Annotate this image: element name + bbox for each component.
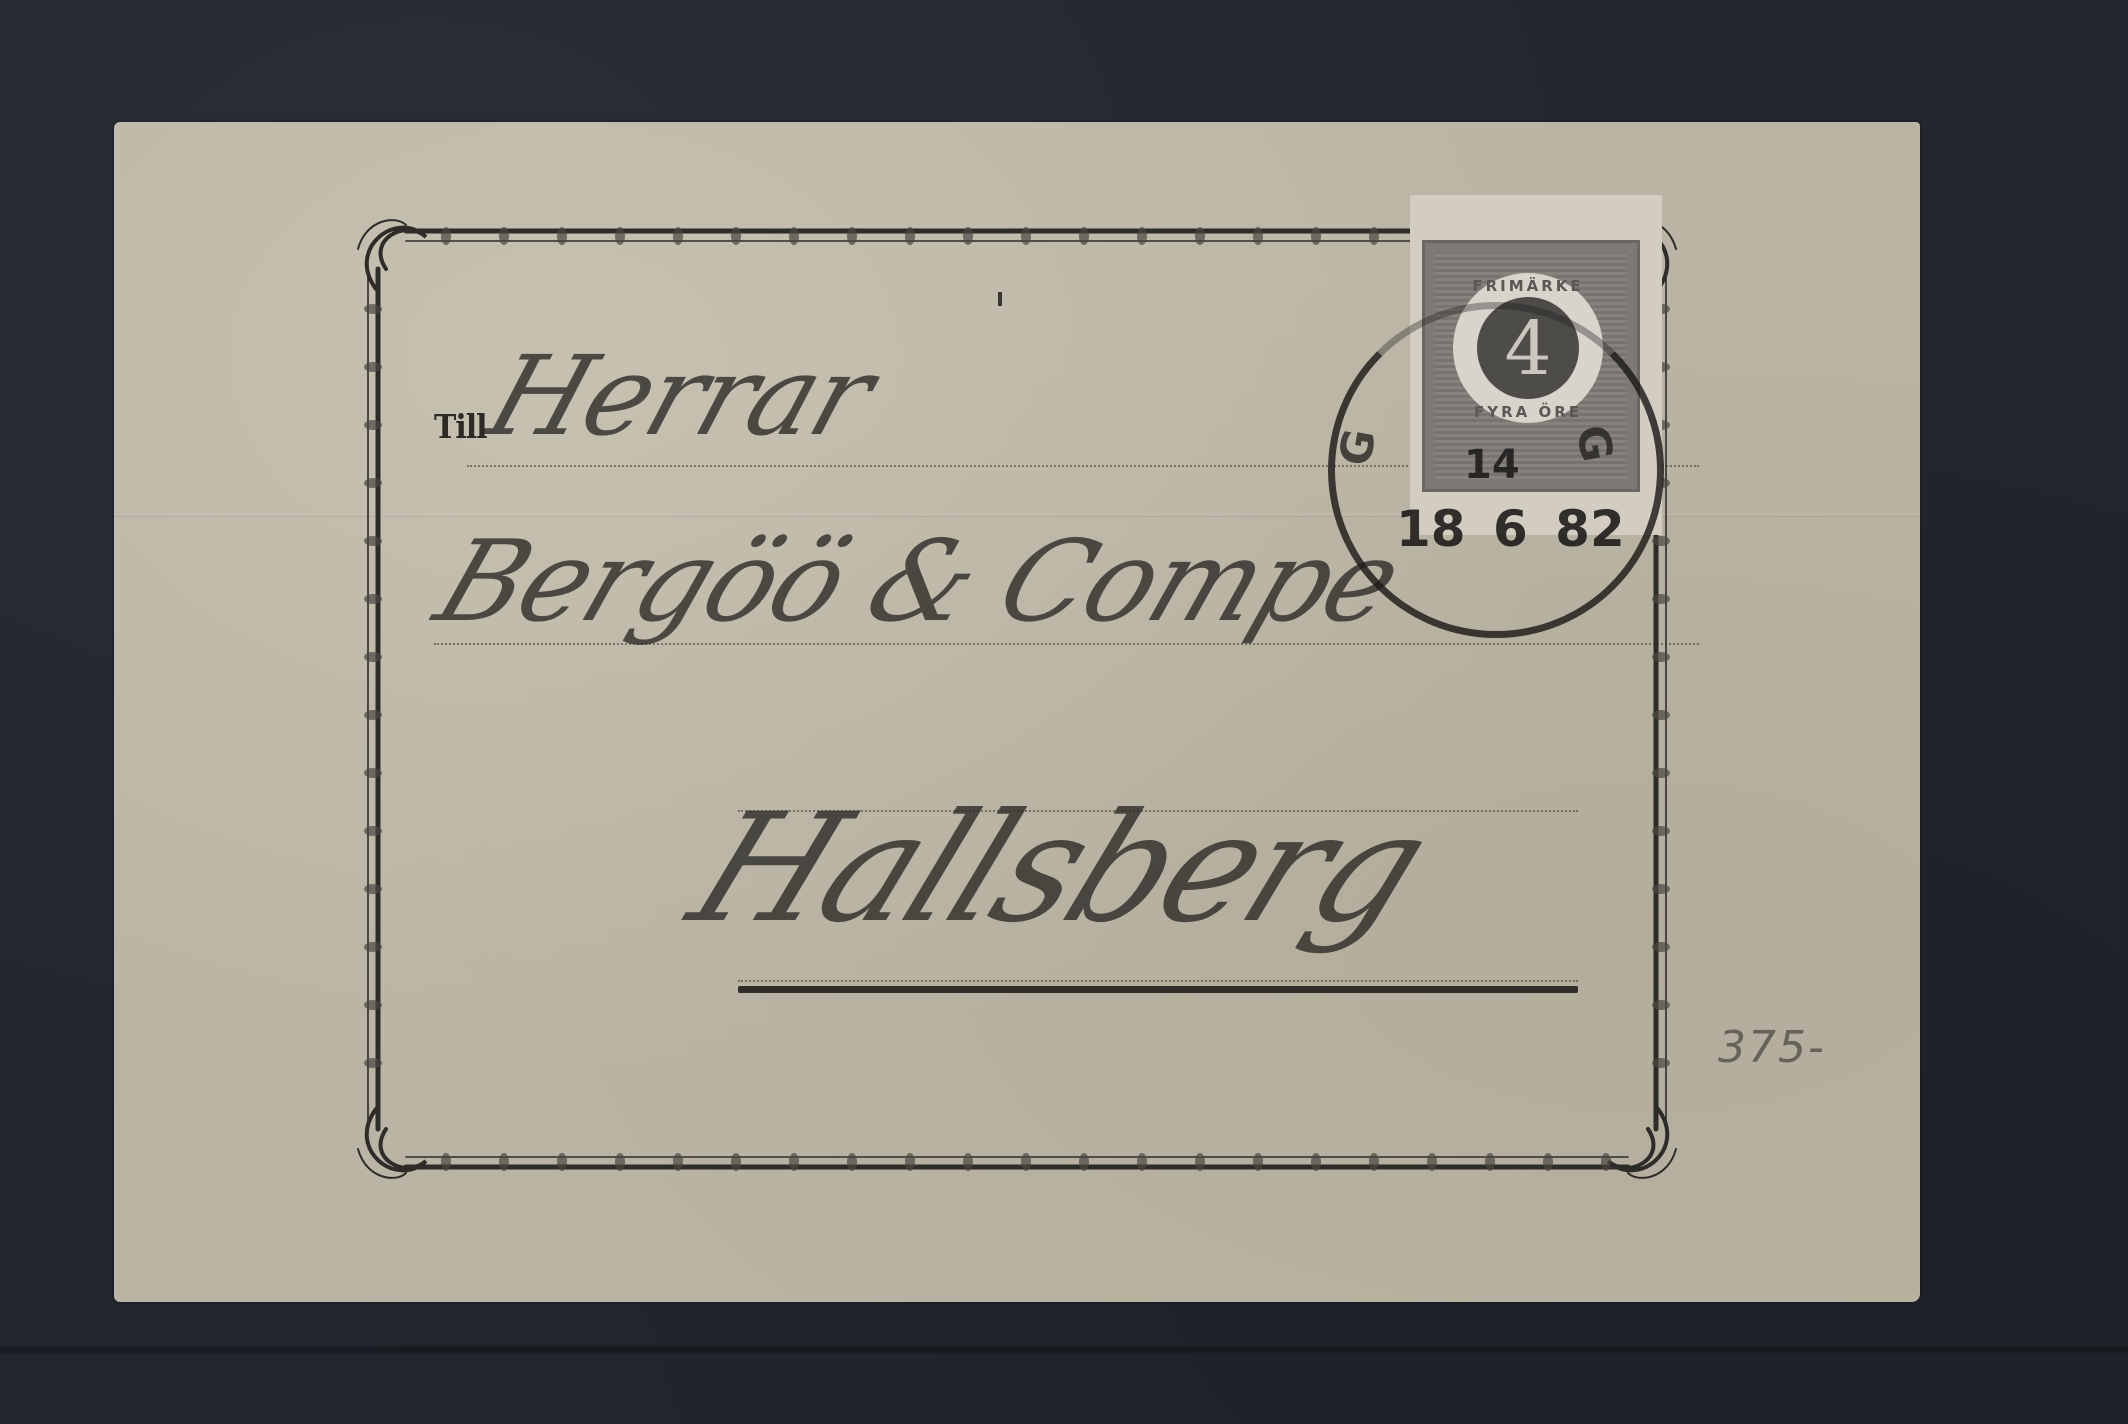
postcard: Till Herrar Bergöö & Compe Hallsberg 4 F… [114, 122, 1920, 1302]
album-page-strip [0, 1346, 2128, 1354]
pencil-price-note: 375- [1718, 1022, 1826, 1073]
postmark-date: 18 6 82 [1396, 500, 1625, 558]
handwritten-town: Hallsberg [669, 782, 1449, 956]
handwritten-salutation: Herrar [473, 332, 887, 460]
handwritten-addressee: Bergöö & Compe [420, 517, 1416, 647]
destination-underline [738, 986, 1578, 993]
address-line-4 [738, 980, 1578, 982]
ink-mark [998, 292, 1002, 306]
stamp-top-inscription: FRIMÄRKE [1428, 277, 1628, 295]
postmark-time: 14 [1464, 442, 1520, 488]
